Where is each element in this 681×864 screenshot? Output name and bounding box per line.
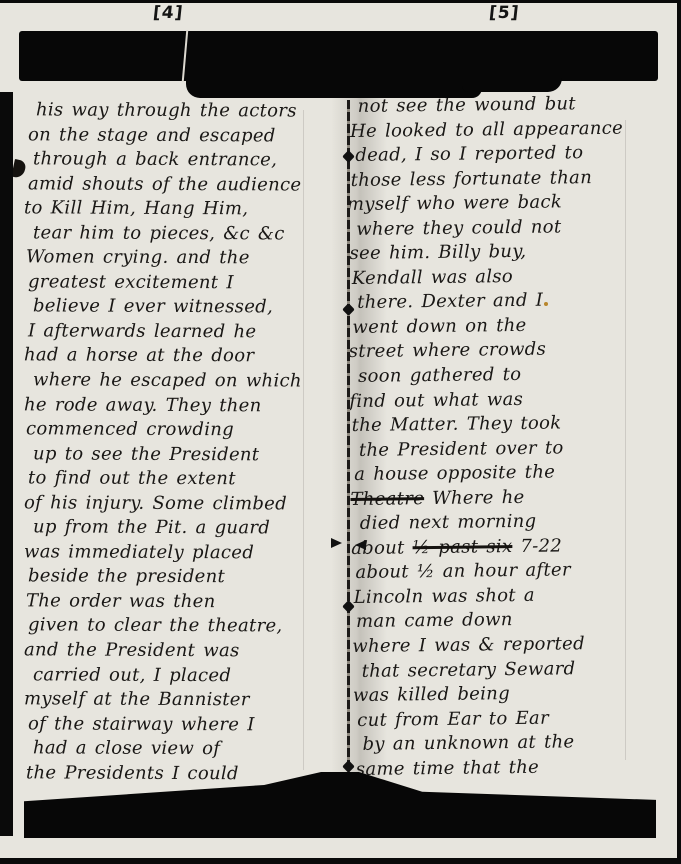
handwritten-line: up to see the President xyxy=(24,442,338,468)
handwritten-line: of his injury. Some climbed xyxy=(24,491,338,517)
notebook-spread: his way through the actorson the stage a… xyxy=(13,30,677,838)
handwritten-line: greatest excitement I xyxy=(24,270,338,296)
top-redaction-bar-bulge xyxy=(186,45,482,98)
handwritten-line: He looked to all appearance xyxy=(346,116,668,144)
top-redaction-bar-tail xyxy=(462,60,562,92)
handwritten-line: commenced crowding xyxy=(24,417,338,443)
handwritten-line: he rode away. They then xyxy=(24,393,338,419)
handwritten-text-right: not see the wound butHe looked to all ap… xyxy=(346,91,676,782)
scan-border-right xyxy=(677,0,681,864)
scan-border-left xyxy=(0,92,13,836)
binding-thread xyxy=(347,100,350,810)
handwritten-line: of the stairway where I xyxy=(24,712,338,738)
scan-border-bottom xyxy=(0,858,681,864)
handwritten-line: his way through the actors xyxy=(24,98,338,124)
handwritten-text-left: his way through the actorson the stage a… xyxy=(24,99,338,786)
handwritten-line: through a back entrance, xyxy=(24,147,338,173)
scanned-document: [4] [5] his way through the actorson the… xyxy=(0,0,681,864)
handwritten-line: I afterwards learned he xyxy=(24,319,338,345)
left-page: his way through the actorson the stage a… xyxy=(24,99,338,786)
handwritten-line: The order was then xyxy=(24,589,338,615)
handwritten-line: to find out the extent xyxy=(24,467,338,493)
handwritten-line: carried out, I placed xyxy=(24,663,338,689)
stitch-mark xyxy=(355,540,366,550)
handwritten-line: Women crying. and the xyxy=(24,246,338,272)
right-page: not see the wound butHe looked to all ap… xyxy=(346,91,676,782)
handwritten-line: believe I ever witnessed, xyxy=(24,295,338,321)
page-number-left: [4] xyxy=(152,3,184,23)
stitch-mark xyxy=(331,538,342,548)
handwritten-line: amid shouts of the audience xyxy=(24,172,338,198)
handwritten-line: same time that the xyxy=(354,754,676,782)
handwritten-line: myself at the Bannister xyxy=(24,687,338,713)
handwritten-line: on the stage and escaped xyxy=(24,123,338,149)
handwritten-line: was immediately placed xyxy=(24,540,338,566)
handwritten-line: had a close view of xyxy=(24,737,338,763)
handwritten-line: beside the president xyxy=(24,565,338,591)
handwritten-line: had a horse at the door xyxy=(24,344,338,370)
handwritten-line: tear him to pieces, &c &c xyxy=(24,221,338,247)
page-number-right: [5] xyxy=(488,3,520,23)
handwritten-line: where he escaped on which xyxy=(24,368,338,394)
handwritten-line: to Kill Him, Hang Him, xyxy=(24,197,338,223)
handwritten-line: given to clear the theatre, xyxy=(24,614,338,640)
scan-border-top xyxy=(0,0,681,3)
handwritten-line: up from the Pit. a guard xyxy=(24,516,338,542)
handwritten-line: and the President was xyxy=(24,638,338,664)
